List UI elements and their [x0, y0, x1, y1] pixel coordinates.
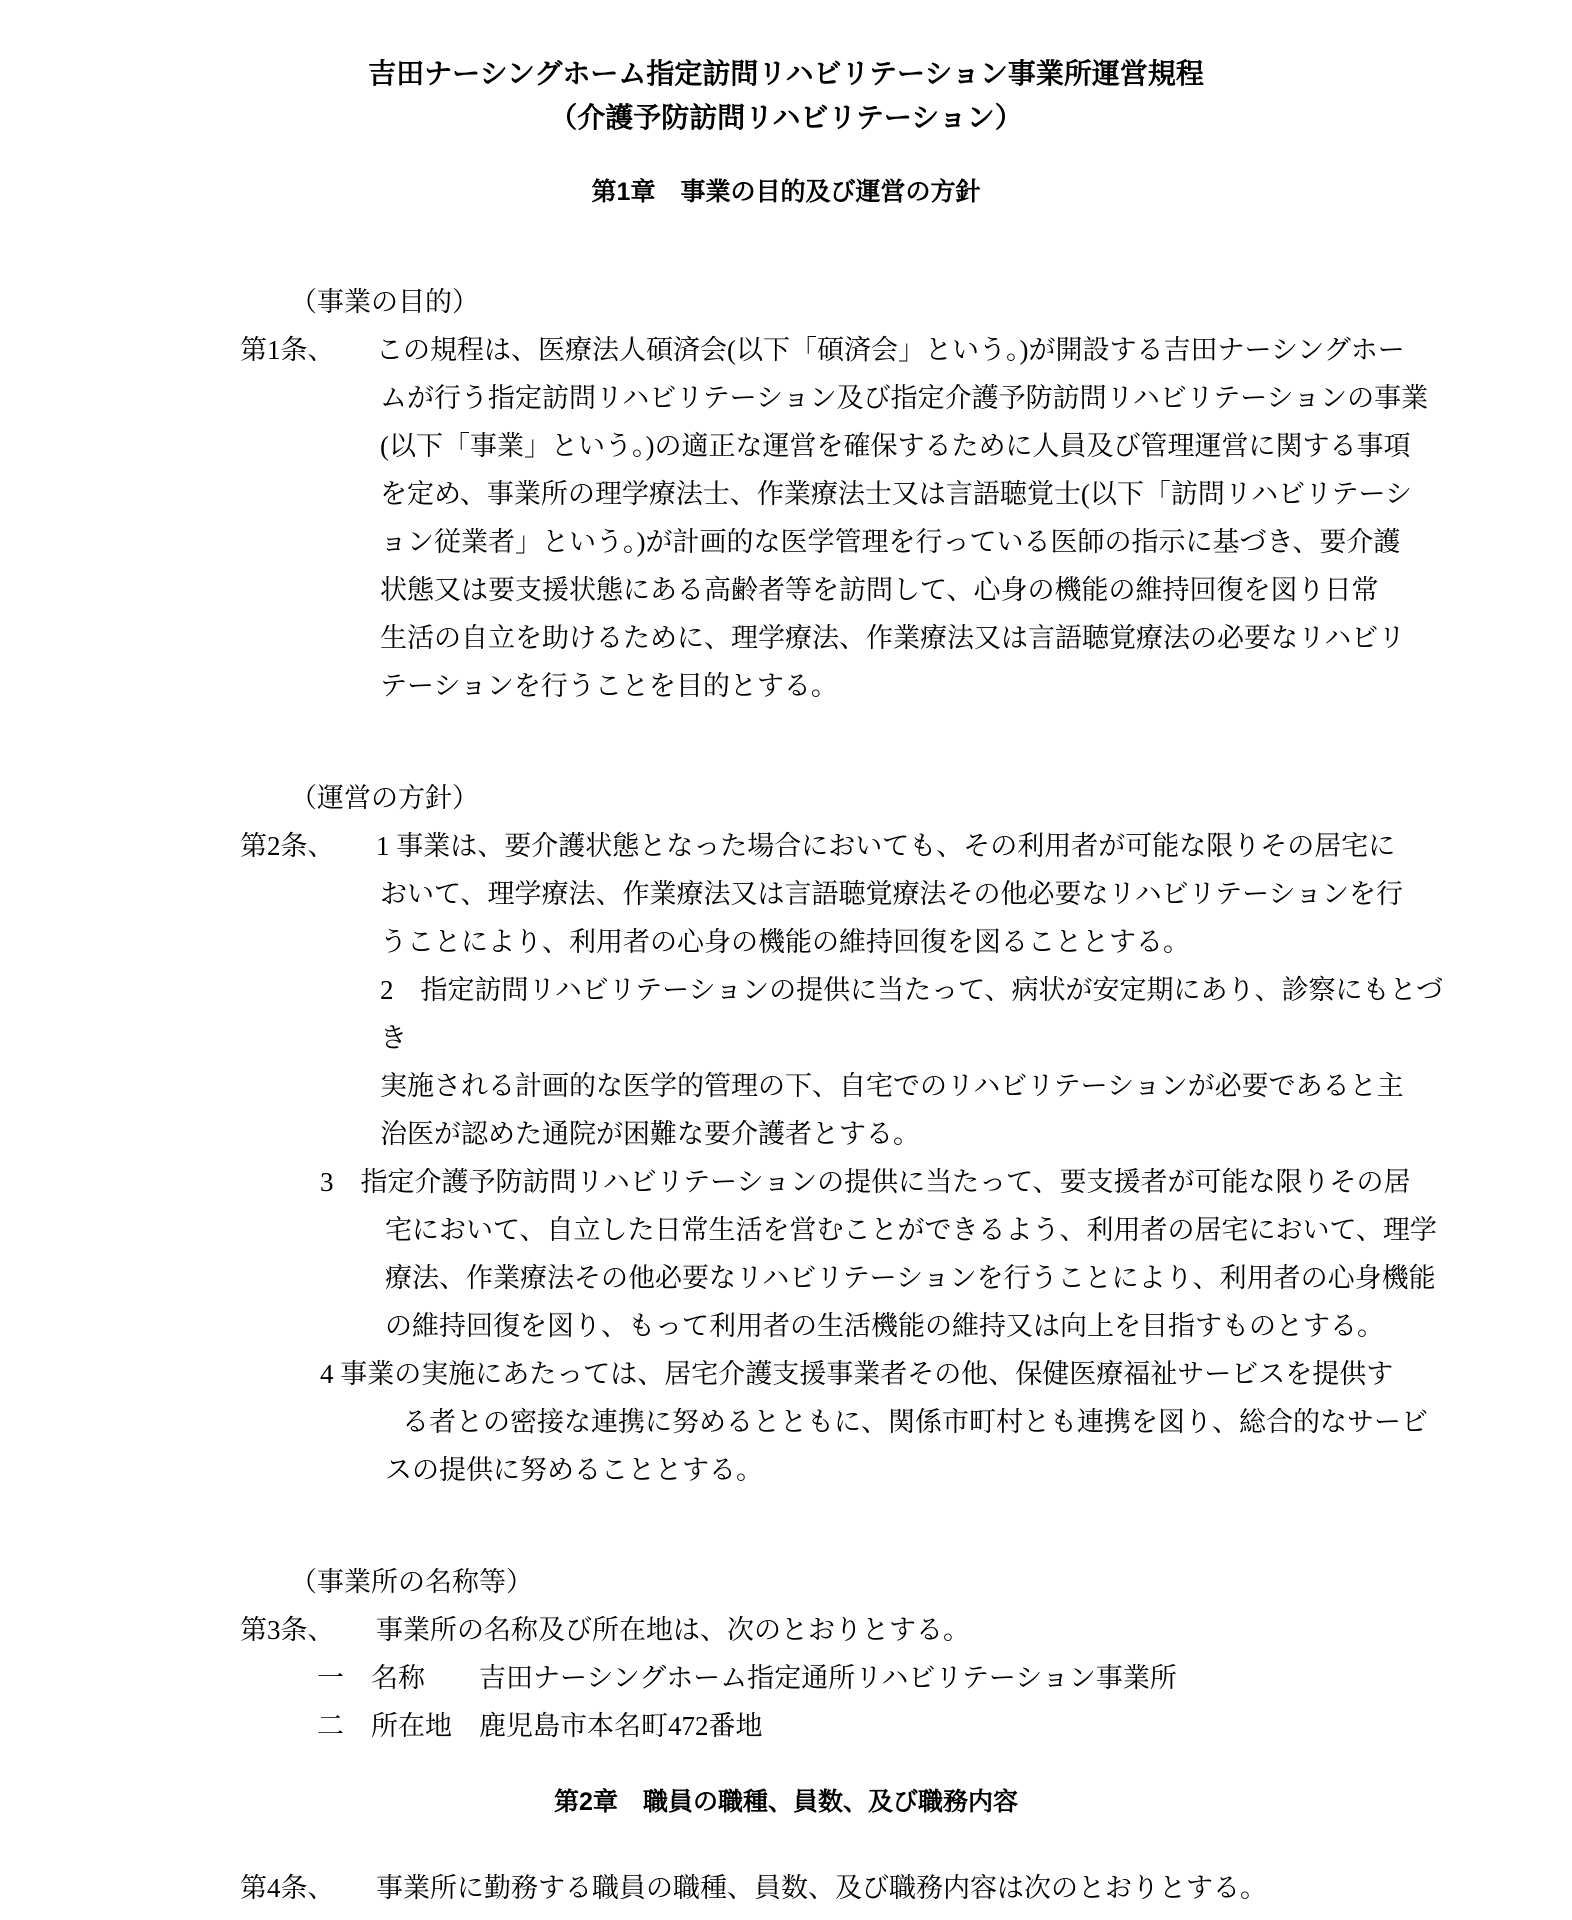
paragraph-line: を定め、事業所の理学療法士、作業療法士又は言語聴覚士(以下「訪問リハビリテーシ — [0, 470, 1572, 518]
paragraph-line: 実施される計画的な医学的管理の下、自宅でのリハビリテーションが必要であると主 — [0, 1062, 1572, 1110]
paragraph-line: ムが行う指定訪問リハビリテーション及び指定介護予防訪問リハビリテーションの事業 — [0, 374, 1572, 422]
document-page: 吉田ナーシングホーム指定訪問リハビリテーション事業所運営規程（介護予防訪問リハビ… — [0, 0, 1572, 1920]
paragraph-line: 2 指定訪問リハビリテーションの提供に当たって、病状が安定期にあり、診察にもとづ — [0, 966, 1572, 1014]
article-text: 事業所に勤務する職員の職種、員数、及び職務内容は次のとおりとする。 — [376, 1864, 1572, 1912]
paragraph-line: き — [0, 1014, 1572, 1062]
article-row: 第3条、事業所の名称及び所在地は、次のとおりとする。 — [0, 1606, 1572, 1654]
paragraph-line: うことにより、利用者の心身の機能の維持回復を図ることとする。 — [0, 918, 1572, 966]
section-label: （事業所の名称等） — [0, 1558, 1572, 1606]
list-item-line: 4 事業の実施にあたっては、居宅介護支援事業者その他、保健医療福祉サービスを提供… — [0, 1350, 1572, 1398]
paragraph-line: おいて、理学療法、作業療法又は言語聴覚療法その他必要なリハビリテーションを行 — [0, 870, 1572, 918]
list-item-line: 療法、作業療法その他必要なリハビリテーションを行うことにより、利用者の心身機能 — [0, 1254, 1572, 1302]
chapter-heading: 第2章 職員の職種、員数、及び職務内容 — [0, 1780, 1572, 1824]
article-number: 第1条、 — [240, 326, 376, 374]
list-item-line: る者との密接な連携に努めるとともに、関係市町村とも連携を図り、総合的なサービ — [0, 1398, 1572, 1446]
article-number: 第2条、 — [240, 822, 376, 870]
list-item-line: スの提供に努めることとする。 — [0, 1446, 1572, 1494]
document-title-line: 吉田ナーシングホーム指定訪問リハビリテーション事業所運営規程 — [0, 52, 1572, 96]
list-item-line: 3 指定介護予防訪問リハビリテーションの提供に当たって、要支援者が可能な限りその… — [0, 1158, 1572, 1206]
list-item-line: の維持回復を図り、もって利用者の生活機能の維持又は向上を目指すものとする。 — [0, 1302, 1572, 1350]
article-text: この規程は、医療法人碩済会(以下「碩済会」という。)が開設する吉田ナーシングホー — [376, 326, 1572, 374]
paragraph-line: テーションを行うことを目的とする。 — [0, 662, 1572, 710]
name-address-line: 一 名称 吉田ナーシングホーム指定通所リハビリテーション事業所 — [0, 1654, 1572, 1702]
paragraph-line: 治医が認めた通院が困難な要介護者とする。 — [0, 1110, 1572, 1158]
list-item-line: 宅において、自立した日常生活を営むことができるよう、利用者の居宅において、理学 — [0, 1206, 1572, 1254]
article-row: 第1条、この規程は、医療法人碩済会(以下「碩済会」という。)が開設する吉田ナーシ… — [0, 326, 1572, 374]
article-row: 第4条、事業所に勤務する職員の職種、員数、及び職務内容は次のとおりとする。 — [0, 1864, 1572, 1912]
paragraph-line: ョン従業者」という。)が計画的な医学管理を行っている医師の指示に基づき、要介護 — [0, 518, 1572, 566]
article-row: 第2条、1 事業は、要介護状態となった場合においても、その利用者が可能な限りその… — [0, 822, 1572, 870]
section-label: （事業の目的） — [0, 278, 1572, 326]
paragraph-line: (以下「事業」という。)の適正な運営を確保するために人員及び管理運営に関する事項 — [0, 422, 1572, 470]
paragraph-line: 状態又は要支援状態にある高齢者等を訪問して、心身の機能の維持回復を図り日常 — [0, 566, 1572, 614]
article-text: 1 事業は、要介護状態となった場合においても、その利用者が可能な限りその居宅に — [376, 822, 1572, 870]
section-label: （運営の方針） — [0, 774, 1572, 822]
name-address-line: 二 所在地 鹿児島市本名町472番地 — [0, 1702, 1572, 1750]
article-number: 第3条、 — [240, 1606, 376, 1654]
chapter-heading: 第1章 事業の目的及び運営の方針 — [0, 170, 1572, 214]
paragraph-line: 生活の自立を助けるために、理学療法、作業療法又は言語聴覚療法の必要なリハビリ — [0, 614, 1572, 662]
article-number: 第4条、 — [240, 1864, 376, 1912]
document-title-line: （介護予防訪問リハビリテーション） — [0, 96, 1572, 140]
article-text: 事業所の名称及び所在地は、次のとおりとする。 — [376, 1606, 1572, 1654]
